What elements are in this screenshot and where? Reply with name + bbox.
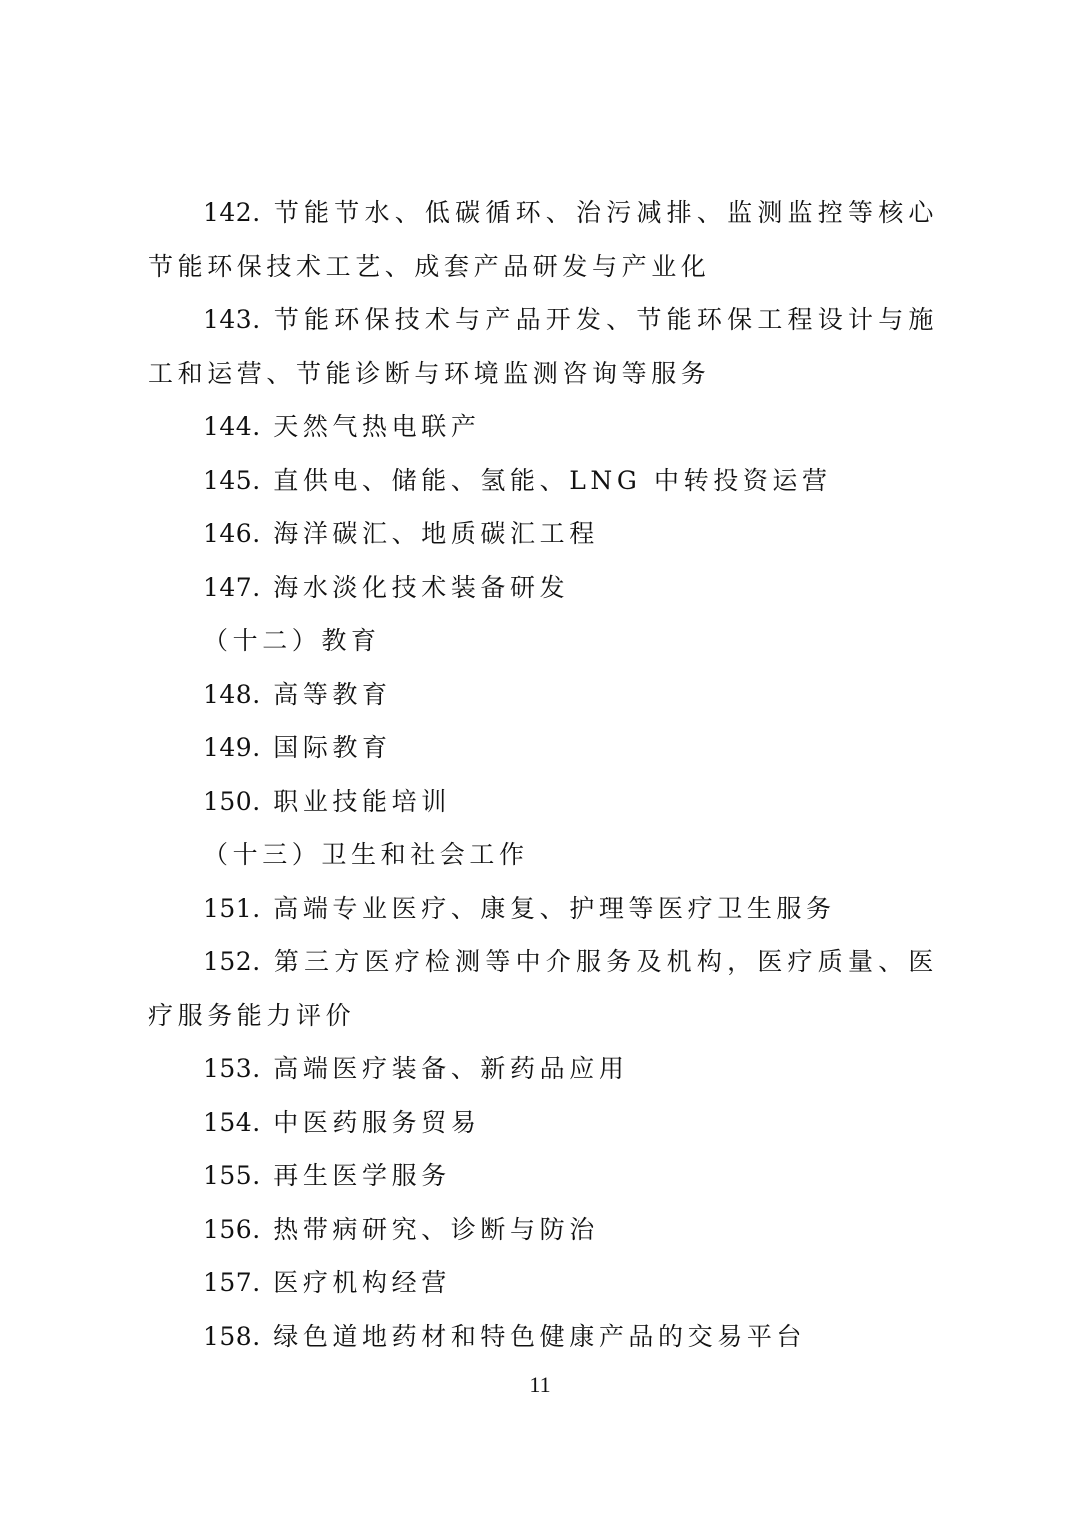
list-item-148: 148. 高等教育 — [148, 668, 938, 722]
list-item-152: 152. 第三方医疗检测等中介服务及机构，医疗质量、医疗服务能力评价 — [148, 935, 938, 1042]
list-item-146: 146. 海洋碳汇、地质碳汇工程 — [148, 507, 938, 561]
document-page: 142. 节能节水、低碳循环、治污减排、监测监控等核心节能环保技术工艺、成套产品… — [148, 186, 938, 1363]
list-item-147: 147. 海水淡化技术装备研发 — [148, 561, 938, 615]
item-text: 再生医学服务 — [273, 1161, 451, 1190]
item-number: 154. — [203, 1108, 261, 1137]
list-item-156: 156. 热带病研究、诊断与防治 — [148, 1203, 938, 1257]
item-text: 热带病研究、诊断与防治 — [273, 1215, 599, 1244]
list-item-157: 157. 医疗机构经营 — [148, 1256, 938, 1310]
item-text: 医疗机构经营 — [273, 1268, 451, 1297]
list-item-144: 144. 天然气热电联产 — [148, 400, 938, 454]
item-text: 海洋碳汇、地质碳汇工程 — [273, 519, 599, 548]
list-item-150: 150. 职业技能培训 — [148, 775, 938, 829]
list-item-154: 154. 中医药服务贸易 — [148, 1096, 938, 1150]
item-number: 150. — [203, 787, 261, 816]
item-text: 绿色道地药材和特色健康产品的交易平台 — [273, 1322, 806, 1351]
item-number: 142. — [203, 198, 261, 227]
item-text: 第三方医疗检测等中介服务及机构，医疗质量、医疗服务能力评价 — [148, 947, 938, 1030]
item-number: 145. — [203, 466, 261, 495]
page-number: 11 — [0, 1372, 1080, 1398]
item-number: 148. — [203, 680, 261, 709]
section-heading-education: （十二）教育 — [148, 614, 938, 668]
item-text: 高端医疗装备、新药品应用 — [273, 1054, 628, 1083]
list-item-142: 142. 节能节水、低碳循环、治污减排、监测监控等核心节能环保技术工艺、成套产品… — [148, 186, 938, 293]
item-text: 直供电、储能、氢能、LNG 中转投资运营 — [273, 466, 831, 495]
item-number: 152. — [203, 947, 261, 976]
list-item-145: 145. 直供电、储能、氢能、LNG 中转投资运营 — [148, 454, 938, 508]
item-number: 143. — [203, 305, 261, 334]
item-number: 146. — [203, 519, 261, 548]
item-number: 149. — [203, 733, 261, 762]
item-text: 高端专业医疗、康复、护理等医疗卫生服务 — [273, 894, 835, 923]
item-number: 144. — [203, 412, 261, 441]
list-item-149: 149. 国际教育 — [148, 721, 938, 775]
item-text: 海水淡化技术装备研发 — [273, 573, 569, 602]
item-text: 节能节水、低碳循环、治污减排、监测监控等核心节能环保技术工艺、成套产品研发与产业… — [148, 198, 938, 281]
list-item-151: 151. 高端专业医疗、康复、护理等医疗卫生服务 — [148, 882, 938, 936]
item-number: 151. — [203, 894, 261, 923]
list-item-155: 155. 再生医学服务 — [148, 1149, 938, 1203]
item-number: 153. — [203, 1054, 261, 1083]
list-item-143: 143. 节能环保技术与产品开发、节能环保工程设计与施工和运营、节能诊断与环境监… — [148, 293, 938, 400]
item-number: 158. — [203, 1322, 261, 1351]
item-number: 157. — [203, 1268, 261, 1297]
item-text: 职业技能培训 — [273, 787, 451, 816]
list-item-153: 153. 高端医疗装备、新药品应用 — [148, 1042, 938, 1096]
item-number: 155. — [203, 1161, 261, 1190]
item-text: 天然气热电联产 — [273, 412, 480, 441]
item-text: 节能环保技术与产品开发、节能环保工程设计与施工和运营、节能诊断与环境监测咨询等服… — [148, 305, 938, 388]
item-number: 156. — [203, 1215, 261, 1244]
item-text: 中医药服务贸易 — [273, 1108, 480, 1137]
item-text: 高等教育 — [273, 680, 391, 709]
list-item-158: 158. 绿色道地药材和特色健康产品的交易平台 — [148, 1310, 938, 1364]
section-heading-health: （十三）卫生和社会工作 — [148, 828, 938, 882]
item-number: 147. — [203, 573, 261, 602]
item-text: 国际教育 — [273, 733, 391, 762]
